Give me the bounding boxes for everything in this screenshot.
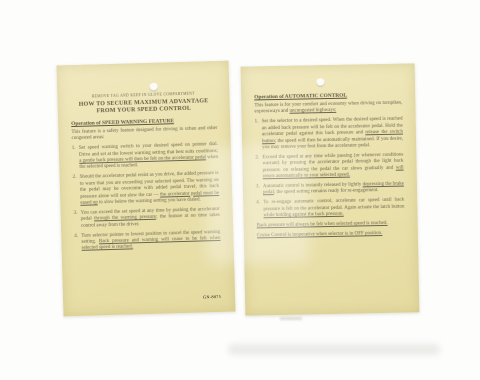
instruction-item: 2.Should the accelerator pedal resist as… (73, 171, 220, 207)
card-subhead: Operation of SPEED WARNING FEATURE (71, 117, 217, 127)
punch-hole (316, 78, 325, 87)
card-head: Operation of AUTOMATIC CONTROL (254, 92, 402, 101)
surface-shadow (228, 344, 440, 355)
item-text: Turn selector pointer to lowest position… (81, 230, 220, 253)
card-intro: This feature is for your comfort and eco… (254, 101, 402, 117)
item-text: Should the accelerator pedal resist as y… (80, 171, 220, 207)
product-photo: REMOVE TAG AND KEEP IN GLOVE COMPARTMENT… (0, 0, 480, 380)
underlined-phrase: uncongested highways: (289, 108, 336, 114)
punch-hole (149, 83, 158, 92)
photo-watermark (206, 146, 310, 264)
instruction-list: 1.Set speed warning switch to your desir… (72, 142, 221, 253)
underlined-phrase: through the warning pressure (94, 215, 156, 222)
surface-smudge (280, 317, 302, 320)
card-front-text: REMOVE TAG AND KEEP IN GLOVE COMPARTMENT… (70, 91, 222, 304)
form-code: GN-8075 (203, 294, 221, 299)
instruction-item: 1.Set speed warning switch to your desir… (72, 142, 219, 172)
underlined-phrase: Back pressure and warning will cease to … (82, 236, 221, 251)
card-intro: This feature is a safety feature designe… (71, 126, 217, 143)
instruction-item: 3.You can exceed the set speed at any ti… (74, 207, 220, 230)
instruction-item: 4.Turn selector pointer to lowest positi… (74, 230, 220, 253)
item-text: Set speed warning switch to your desired… (79, 142, 219, 171)
text-segment: This feature is a safety feature designe… (71, 126, 217, 141)
item-text: You can exceed the set speed at any time… (81, 207, 220, 230)
